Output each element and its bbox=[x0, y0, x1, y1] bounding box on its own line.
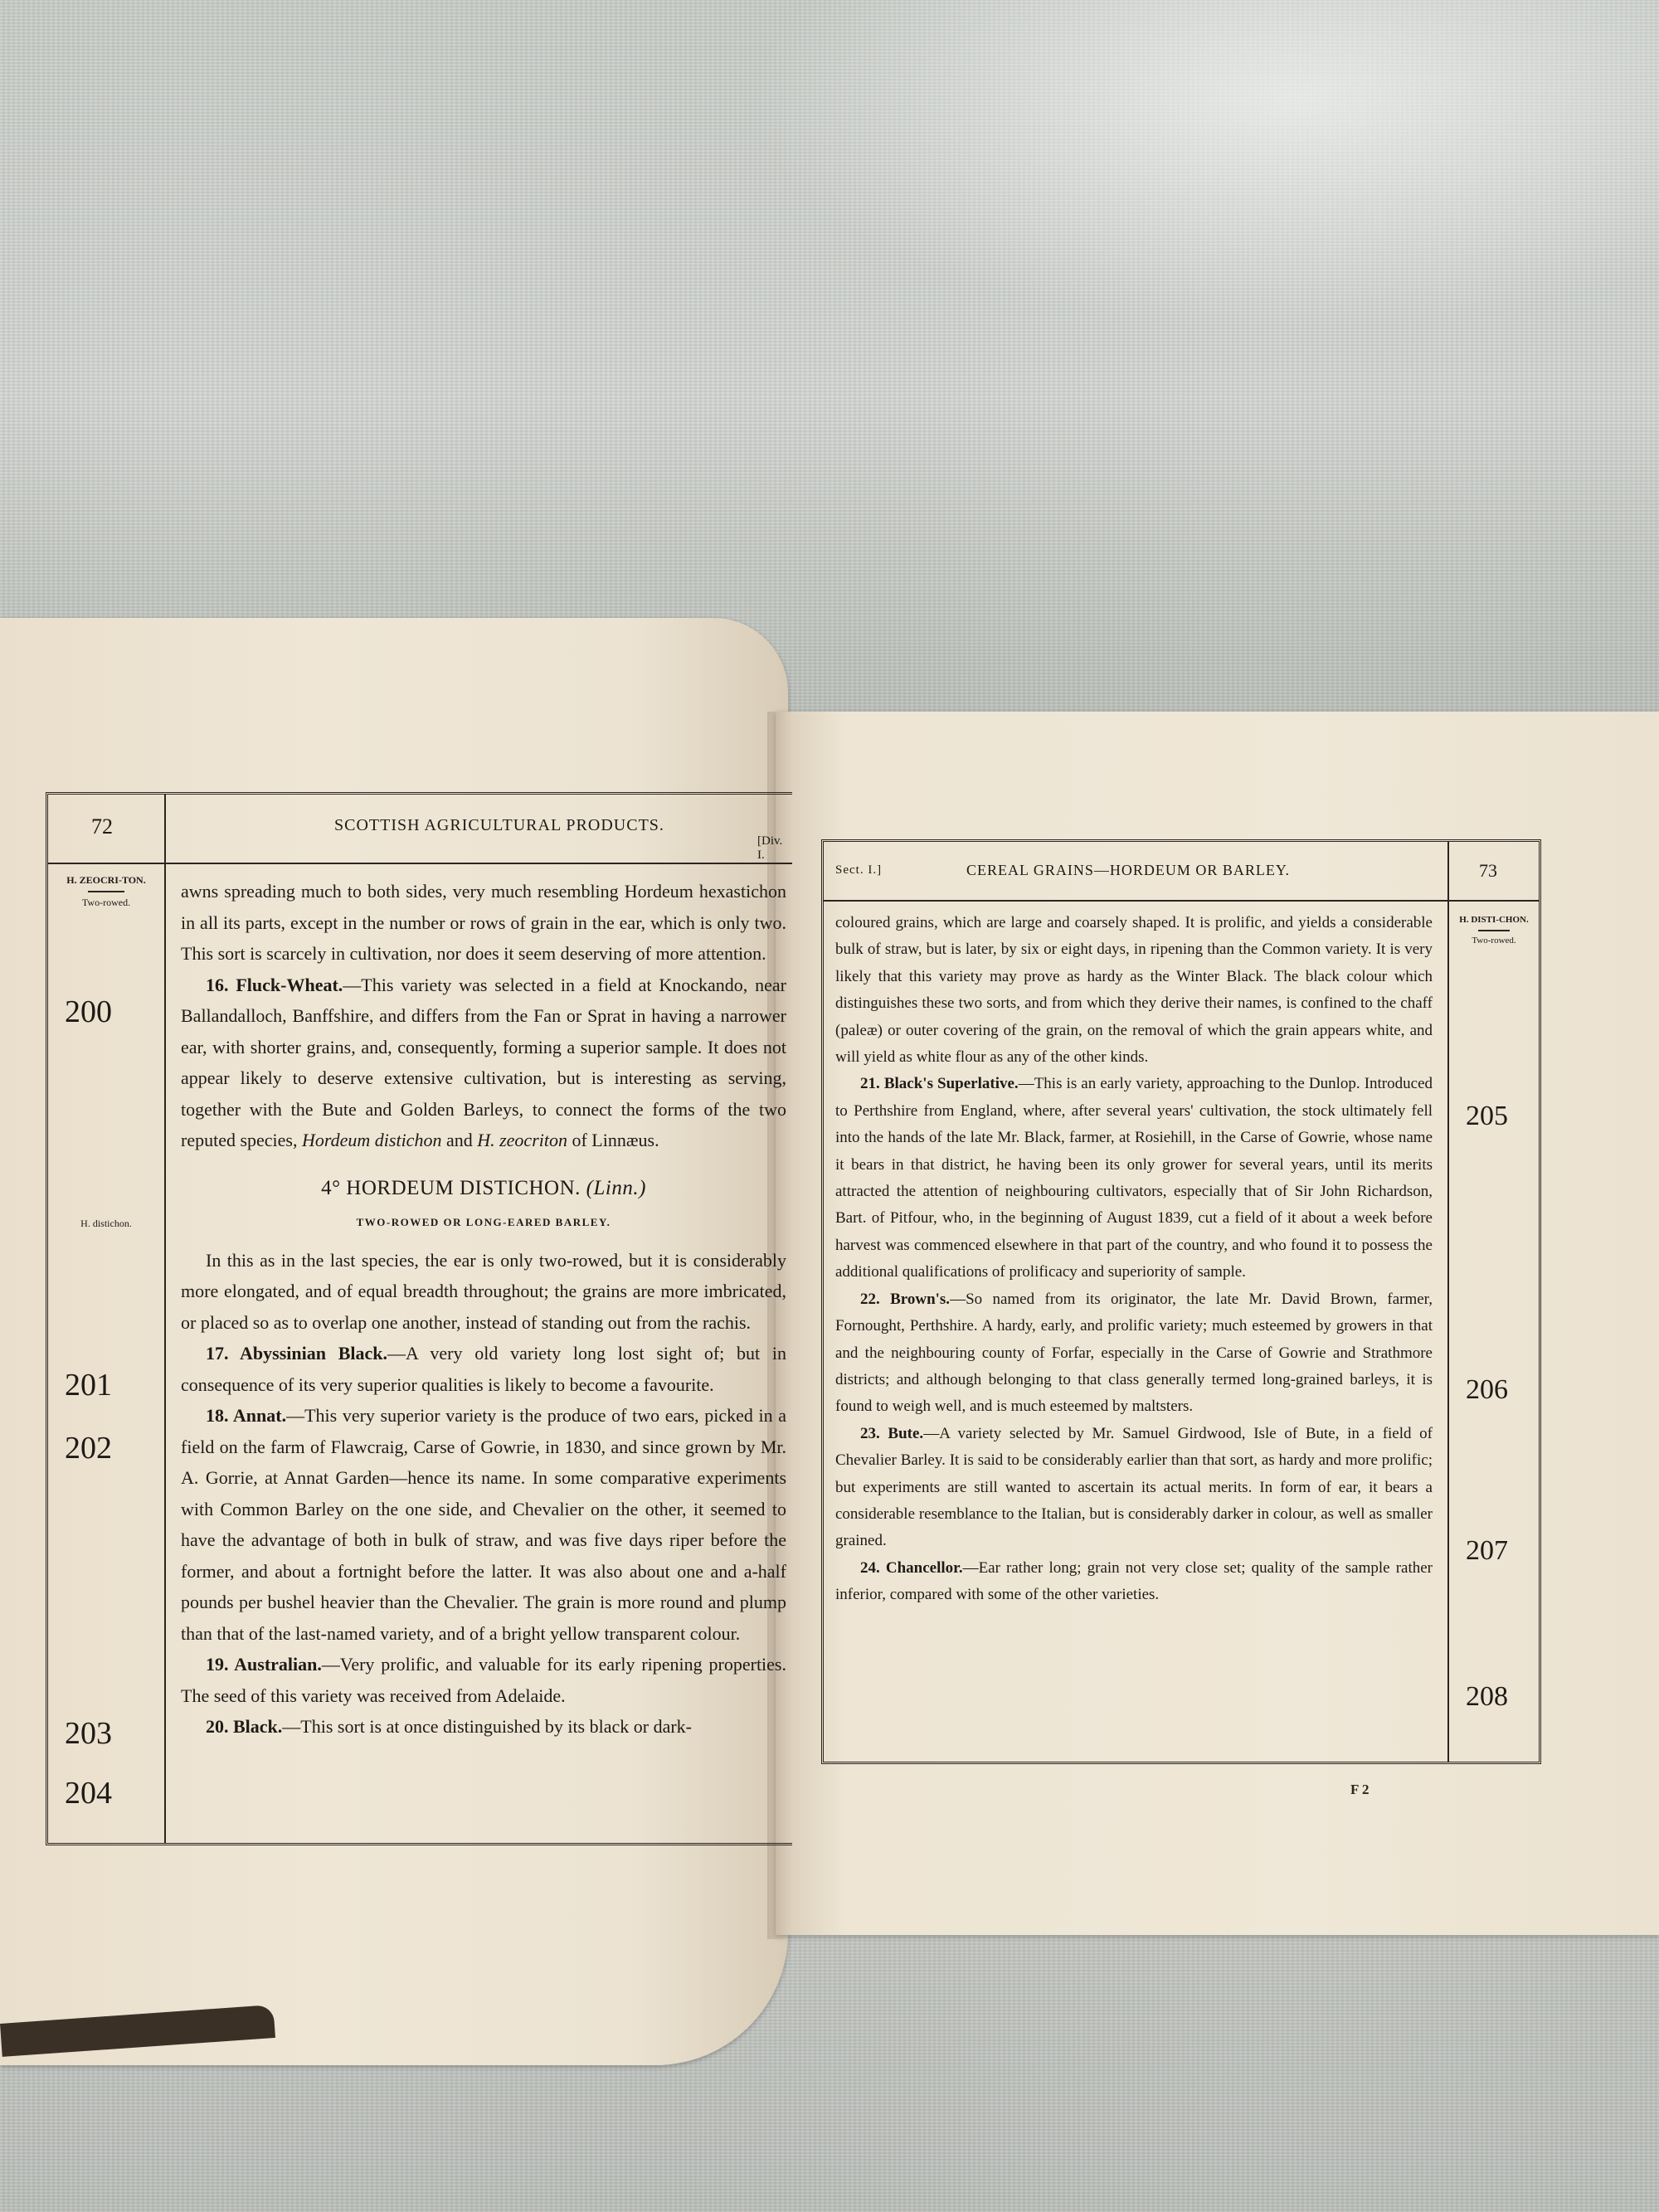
section-mark: Sect. I.] bbox=[835, 863, 882, 878]
entry-text: —This is an early variety, approaching t… bbox=[835, 1075, 1433, 1281]
left-margin-column: H. ZEOCRI-TON. Two-rowed. H. distichon. … bbox=[48, 795, 166, 1843]
item-number: 200 bbox=[65, 994, 112, 1030]
side-note-title: H. ZEOCRI-TON. bbox=[55, 874, 158, 887]
entry-text: —So named from its originator, the late … bbox=[835, 1291, 1433, 1416]
item-number: 208 bbox=[1466, 1681, 1508, 1713]
entry-text: —A variety selected by Mr. Samuel Girdwo… bbox=[835, 1425, 1433, 1550]
right-page-frame: Sect. I.] CEREAL GRAINS—HORDEUM OR BARLE… bbox=[821, 839, 1541, 1764]
side-note-distichon: H. DISTI-CHON. Two-rowed. bbox=[1454, 915, 1534, 946]
entry-chancellor: 24. Chancellor.—Ear rather long; grain n… bbox=[835, 1555, 1433, 1609]
side-note-title: H. distichon. bbox=[55, 1218, 158, 1230]
entry-heading: 19. Australian. bbox=[206, 1654, 322, 1675]
entry-heading: 20. Black. bbox=[206, 1716, 282, 1737]
running-head: CEREAL GRAINS—HORDEUM OR BARLEY. bbox=[966, 862, 1290, 879]
entry-bute: 23. Bute.—A variety selected by Mr. Samu… bbox=[835, 1421, 1433, 1555]
entry-heading: 23. Bute. bbox=[860, 1425, 923, 1442]
side-note-title: H. DISTI-CHON. bbox=[1454, 915, 1534, 926]
entry-heading: 22. Brown's. bbox=[860, 1291, 950, 1308]
entry-heading: 17. Abyssinian Black. bbox=[206, 1343, 387, 1364]
side-note-zeocriton: H. ZEOCRI-TON. Two-rowed. bbox=[55, 874, 158, 909]
paragraph: awns spreading much to both sides, very … bbox=[181, 876, 786, 970]
entry-text: —This very superior variety is the produ… bbox=[181, 1405, 786, 1644]
entry-black: 20. Black.—This sort is at once distingu… bbox=[181, 1711, 786, 1743]
entry-abyssinian-black: 17. Abyssinian Black.—A very old variety… bbox=[181, 1338, 786, 1400]
left-page-frame: 72 SCOTTISH AGRICULTURAL PRODUCTS. [Div.… bbox=[46, 792, 792, 1845]
item-number: 201 bbox=[65, 1367, 112, 1403]
section-title-authority: (Linn.) bbox=[586, 1177, 646, 1199]
right-header-row: Sect. I.] CEREAL GRAINS—HORDEUM OR BARLE… bbox=[824, 842, 1539, 902]
side-note-rule bbox=[1478, 930, 1510, 931]
entry-heading: 21. Black's Superlative. bbox=[860, 1075, 1019, 1092]
italic-term: H. zeocriton bbox=[477, 1130, 567, 1150]
item-number: 205 bbox=[1466, 1101, 1508, 1132]
entry-heading: 18. Annat. bbox=[206, 1405, 286, 1426]
item-number: 204 bbox=[65, 1775, 112, 1811]
section-title-text: 4° HORDEUM DISTICHON. bbox=[321, 1177, 581, 1199]
light-patch bbox=[747, 0, 1659, 332]
page-number: 73 bbox=[1479, 860, 1497, 882]
entry-text: —This variety was selected in a field at… bbox=[181, 975, 786, 1151]
running-head: SCOTTISH AGRICULTURAL PRODUCTS. bbox=[334, 816, 664, 835]
item-number: 207 bbox=[1466, 1535, 1508, 1567]
item-number: 203 bbox=[65, 1715, 112, 1752]
entry-australian: 19. Australian.—Very prolific, and valua… bbox=[181, 1649, 786, 1711]
header-rule bbox=[1449, 900, 1539, 902]
left-body-text: awns spreading much to both sides, very … bbox=[181, 876, 786, 1743]
section-title: 4° HORDEUM DISTICHON. (Linn.) bbox=[181, 1173, 786, 1204]
item-number: 206 bbox=[1466, 1374, 1508, 1406]
italic-term: Hordeum distichon bbox=[302, 1130, 441, 1150]
side-note-distichon: H. distichon. bbox=[55, 1218, 158, 1230]
paragraph: coloured grains, which are large and coa… bbox=[835, 910, 1433, 1071]
entry-heading: 24. Chancellor. bbox=[860, 1559, 963, 1577]
entry-text: and bbox=[441, 1130, 477, 1150]
entry-annat: 18. Annat.—This very superior variety is… bbox=[181, 1400, 786, 1649]
entry-fluck-wheat: 16. Fluck-Wheat.—This variety was select… bbox=[181, 970, 786, 1156]
side-note-subtitle: Two-rowed. bbox=[55, 897, 158, 909]
signature-mark: F 2 bbox=[1350, 1782, 1370, 1798]
right-margin-column: 73 H. DISTI-CHON. Two-rowed. 205 206 207… bbox=[1447, 842, 1539, 1762]
entry-heading: 16. Fluck-Wheat. bbox=[206, 975, 343, 995]
item-number: 202 bbox=[65, 1430, 112, 1466]
entry-blacks-superlative: 21. Black's Superlative.—This is an earl… bbox=[835, 1071, 1433, 1286]
division-mark: [Div. I. bbox=[757, 834, 792, 863]
entry-text: of Linnæus. bbox=[567, 1130, 659, 1150]
entry-browns: 22. Brown's.—So named from its originato… bbox=[835, 1286, 1433, 1421]
section-subtitle: TWO-ROWED OR LONG-EARED BARLEY. bbox=[181, 1207, 786, 1238]
entry-text: —This sort is at once distinguished by i… bbox=[282, 1716, 692, 1737]
right-body-text: coloured grains, which are large and coa… bbox=[835, 910, 1433, 1609]
side-note-rule bbox=[88, 891, 124, 892]
side-note-subtitle: Two-rowed. bbox=[1454, 936, 1534, 946]
paragraph: In this as in the last species, the ear … bbox=[181, 1245, 786, 1339]
